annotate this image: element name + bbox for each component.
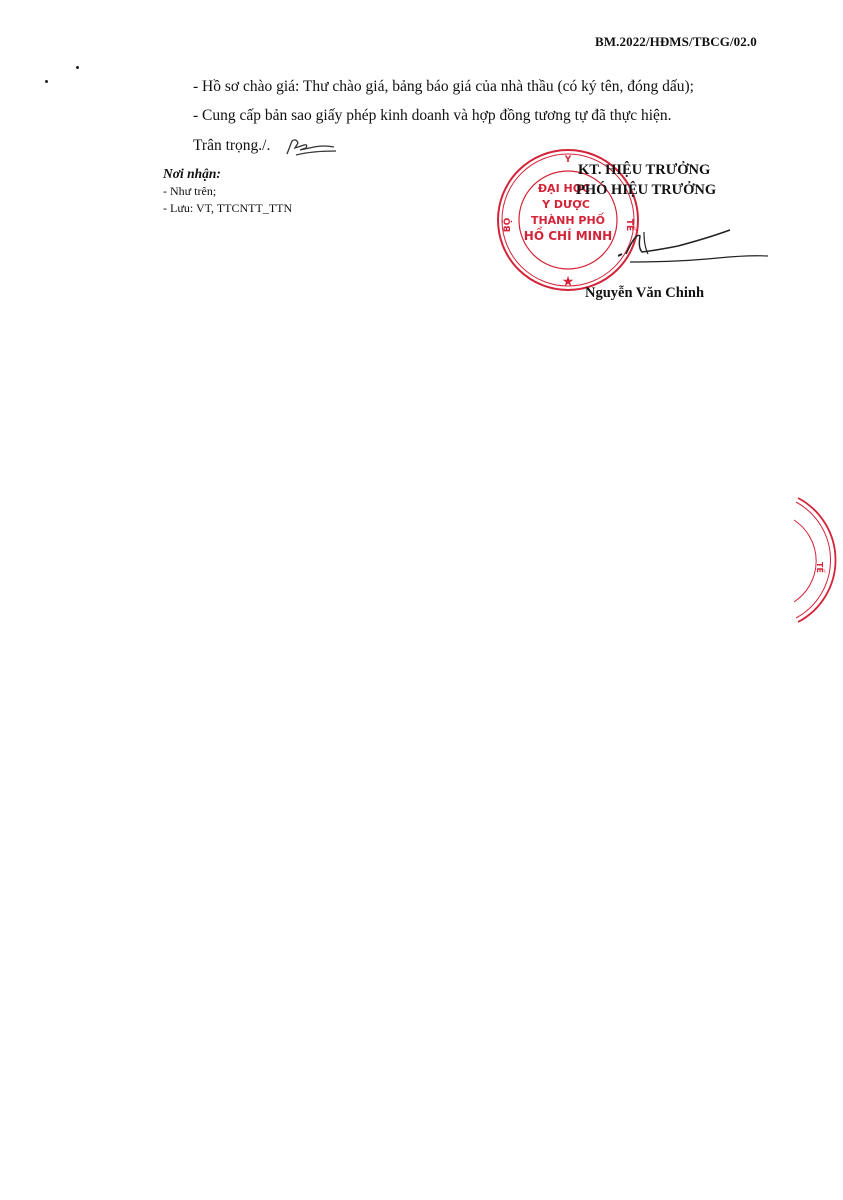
signature-title-authorized: KT. HIỆU TRƯỞNG xyxy=(578,162,710,179)
partial-stamp-icon: TẾ xyxy=(760,490,843,630)
signer-name: Nguyễn Văn Chinh xyxy=(585,285,704,302)
svg-text:TẾ: TẾ xyxy=(815,562,827,573)
svg-text:BỘ: BỘ xyxy=(502,217,513,232)
svg-text:THÀNH PHỐ: THÀNH PHỐ xyxy=(531,212,605,227)
body-line-bid-documents: - Hồ sơ chào giá: Thư chào giá, bảng báo… xyxy=(193,78,694,96)
handwritten-signature-icon xyxy=(618,222,778,292)
initials-signature-icon xyxy=(284,136,340,160)
closing-text: Trân trọng./. xyxy=(193,137,270,154)
svg-text:HỒ CHÍ MINH: HỒ CHÍ MINH xyxy=(524,226,612,243)
form-code: BM.2022/HĐMS/TBCG/02.0 xyxy=(595,34,757,50)
svg-text:★: ★ xyxy=(562,274,575,290)
scan-mark xyxy=(76,66,79,69)
recipients-title: Nơi nhận: xyxy=(163,166,221,182)
svg-text:Y: Y xyxy=(564,155,572,165)
recipient-item: - Lưu: VT, TTCNTT_TTN xyxy=(163,201,292,216)
closing-line: Trân trọng./. xyxy=(193,137,270,155)
body-line-business-license: - Cung cấp bản sao giấy phép kinh doanh … xyxy=(193,107,672,125)
scan-mark xyxy=(45,80,48,83)
svg-text:Y DƯỢC: Y DƯỢC xyxy=(541,198,590,211)
signature-title-vice-rector: PHÓ HIỆU TRƯỞNG xyxy=(576,182,716,199)
recipient-item: - Như trên; xyxy=(163,184,216,199)
